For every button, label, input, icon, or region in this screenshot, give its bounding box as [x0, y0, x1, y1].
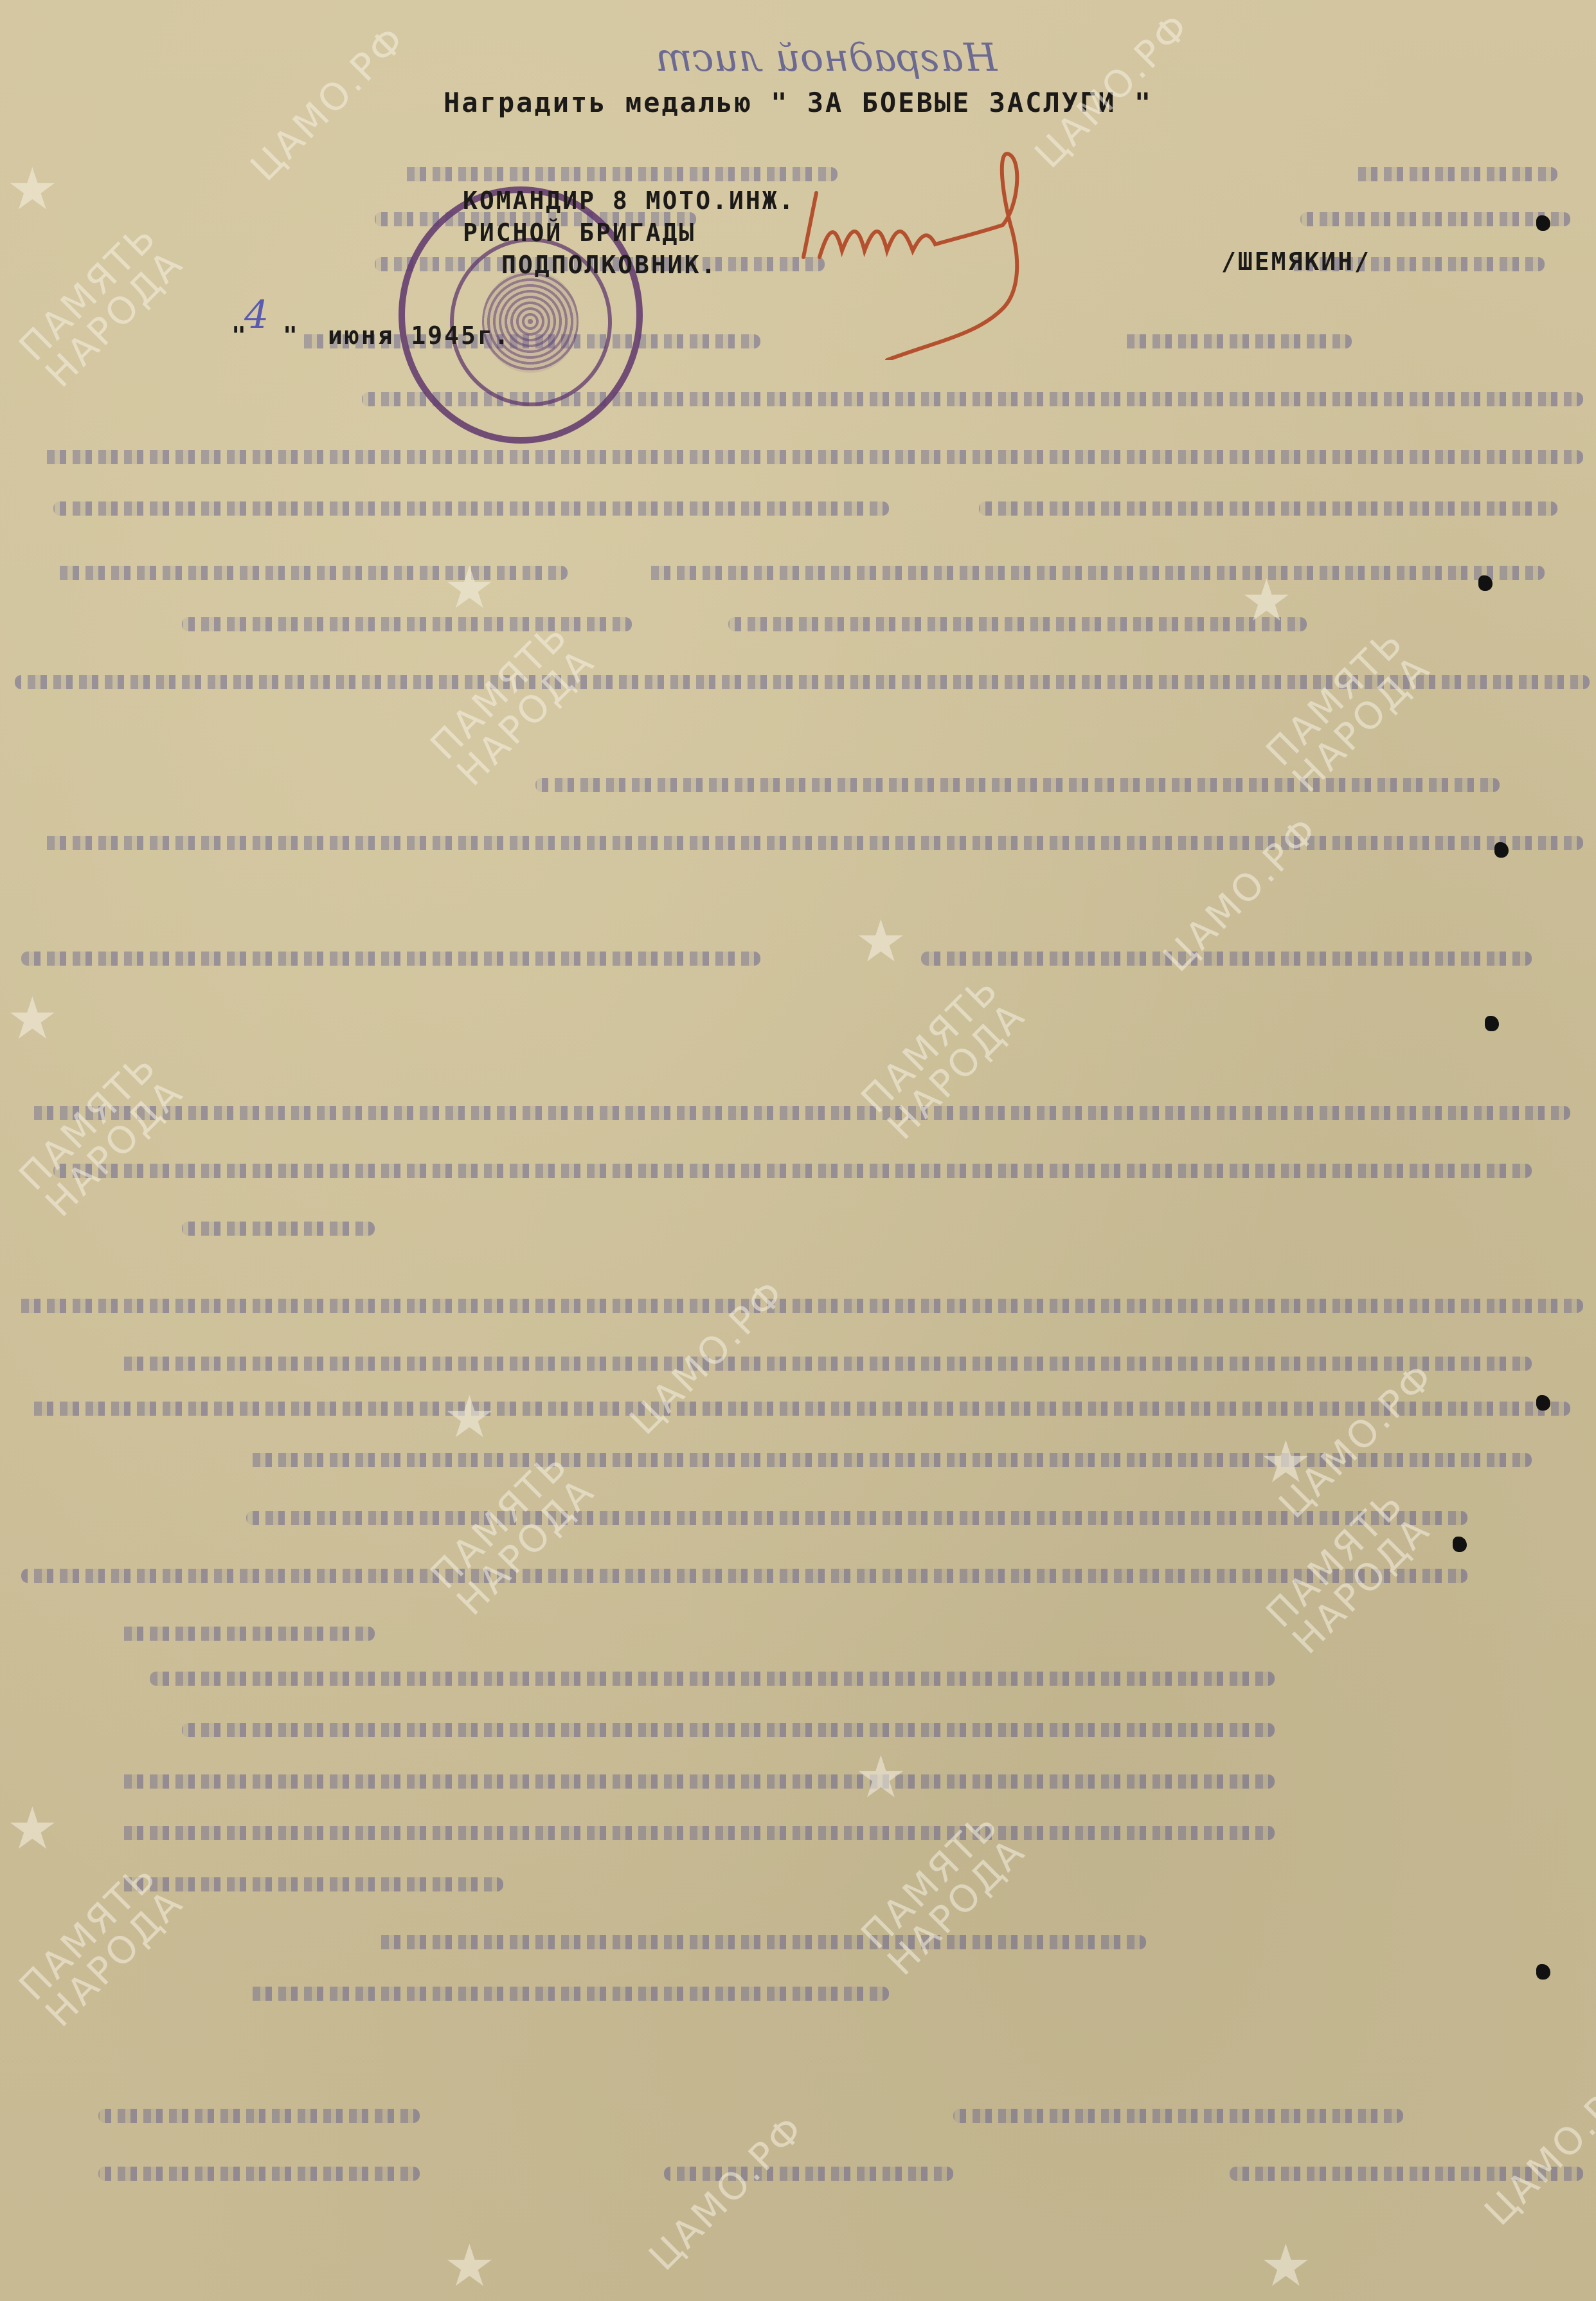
star-icon: ★ — [444, 559, 501, 617]
award-line: Наградить медалью " ЗА БОЕВЫЕ ЗАСЛУГИ " — [444, 87, 1152, 118]
star-icon: ★ — [1241, 572, 1298, 630]
star-icon: ★ — [6, 161, 64, 219]
star-icon: ★ — [444, 1389, 501, 1447]
document-page: Наградной лист Наградить медалью " ЗА БО… — [0, 0, 1596, 2301]
commander-signature — [791, 148, 1241, 360]
star-icon: ★ — [1260, 2237, 1318, 2295]
date-month-year: июня 1945г. — [328, 321, 511, 350]
star-icon: ★ — [855, 913, 913, 971]
mirrored-header-bleedthrough: Наградной лист — [656, 35, 997, 80]
star-icon: ★ — [6, 1800, 64, 1858]
signatory-name: /ШЕМЯКИН/ — [1221, 248, 1371, 276]
commander-title-line-3: ПОДПОЛКОВНИК. — [501, 251, 717, 279]
star-icon: ★ — [444, 2237, 501, 2295]
commander-title-line-2: РИСНОЙ БРИГАДЫ — [463, 219, 695, 247]
date-close-quote: " — [283, 321, 300, 350]
star-icon: ★ — [6, 990, 64, 1048]
date-day-handwritten: 4 — [244, 293, 269, 338]
commander-title-line-1: КОМАНДИР 8 МОТО.ИНЖ. — [463, 186, 796, 215]
star-icon: ★ — [1260, 1434, 1318, 1492]
star-icon: ★ — [855, 1749, 913, 1807]
